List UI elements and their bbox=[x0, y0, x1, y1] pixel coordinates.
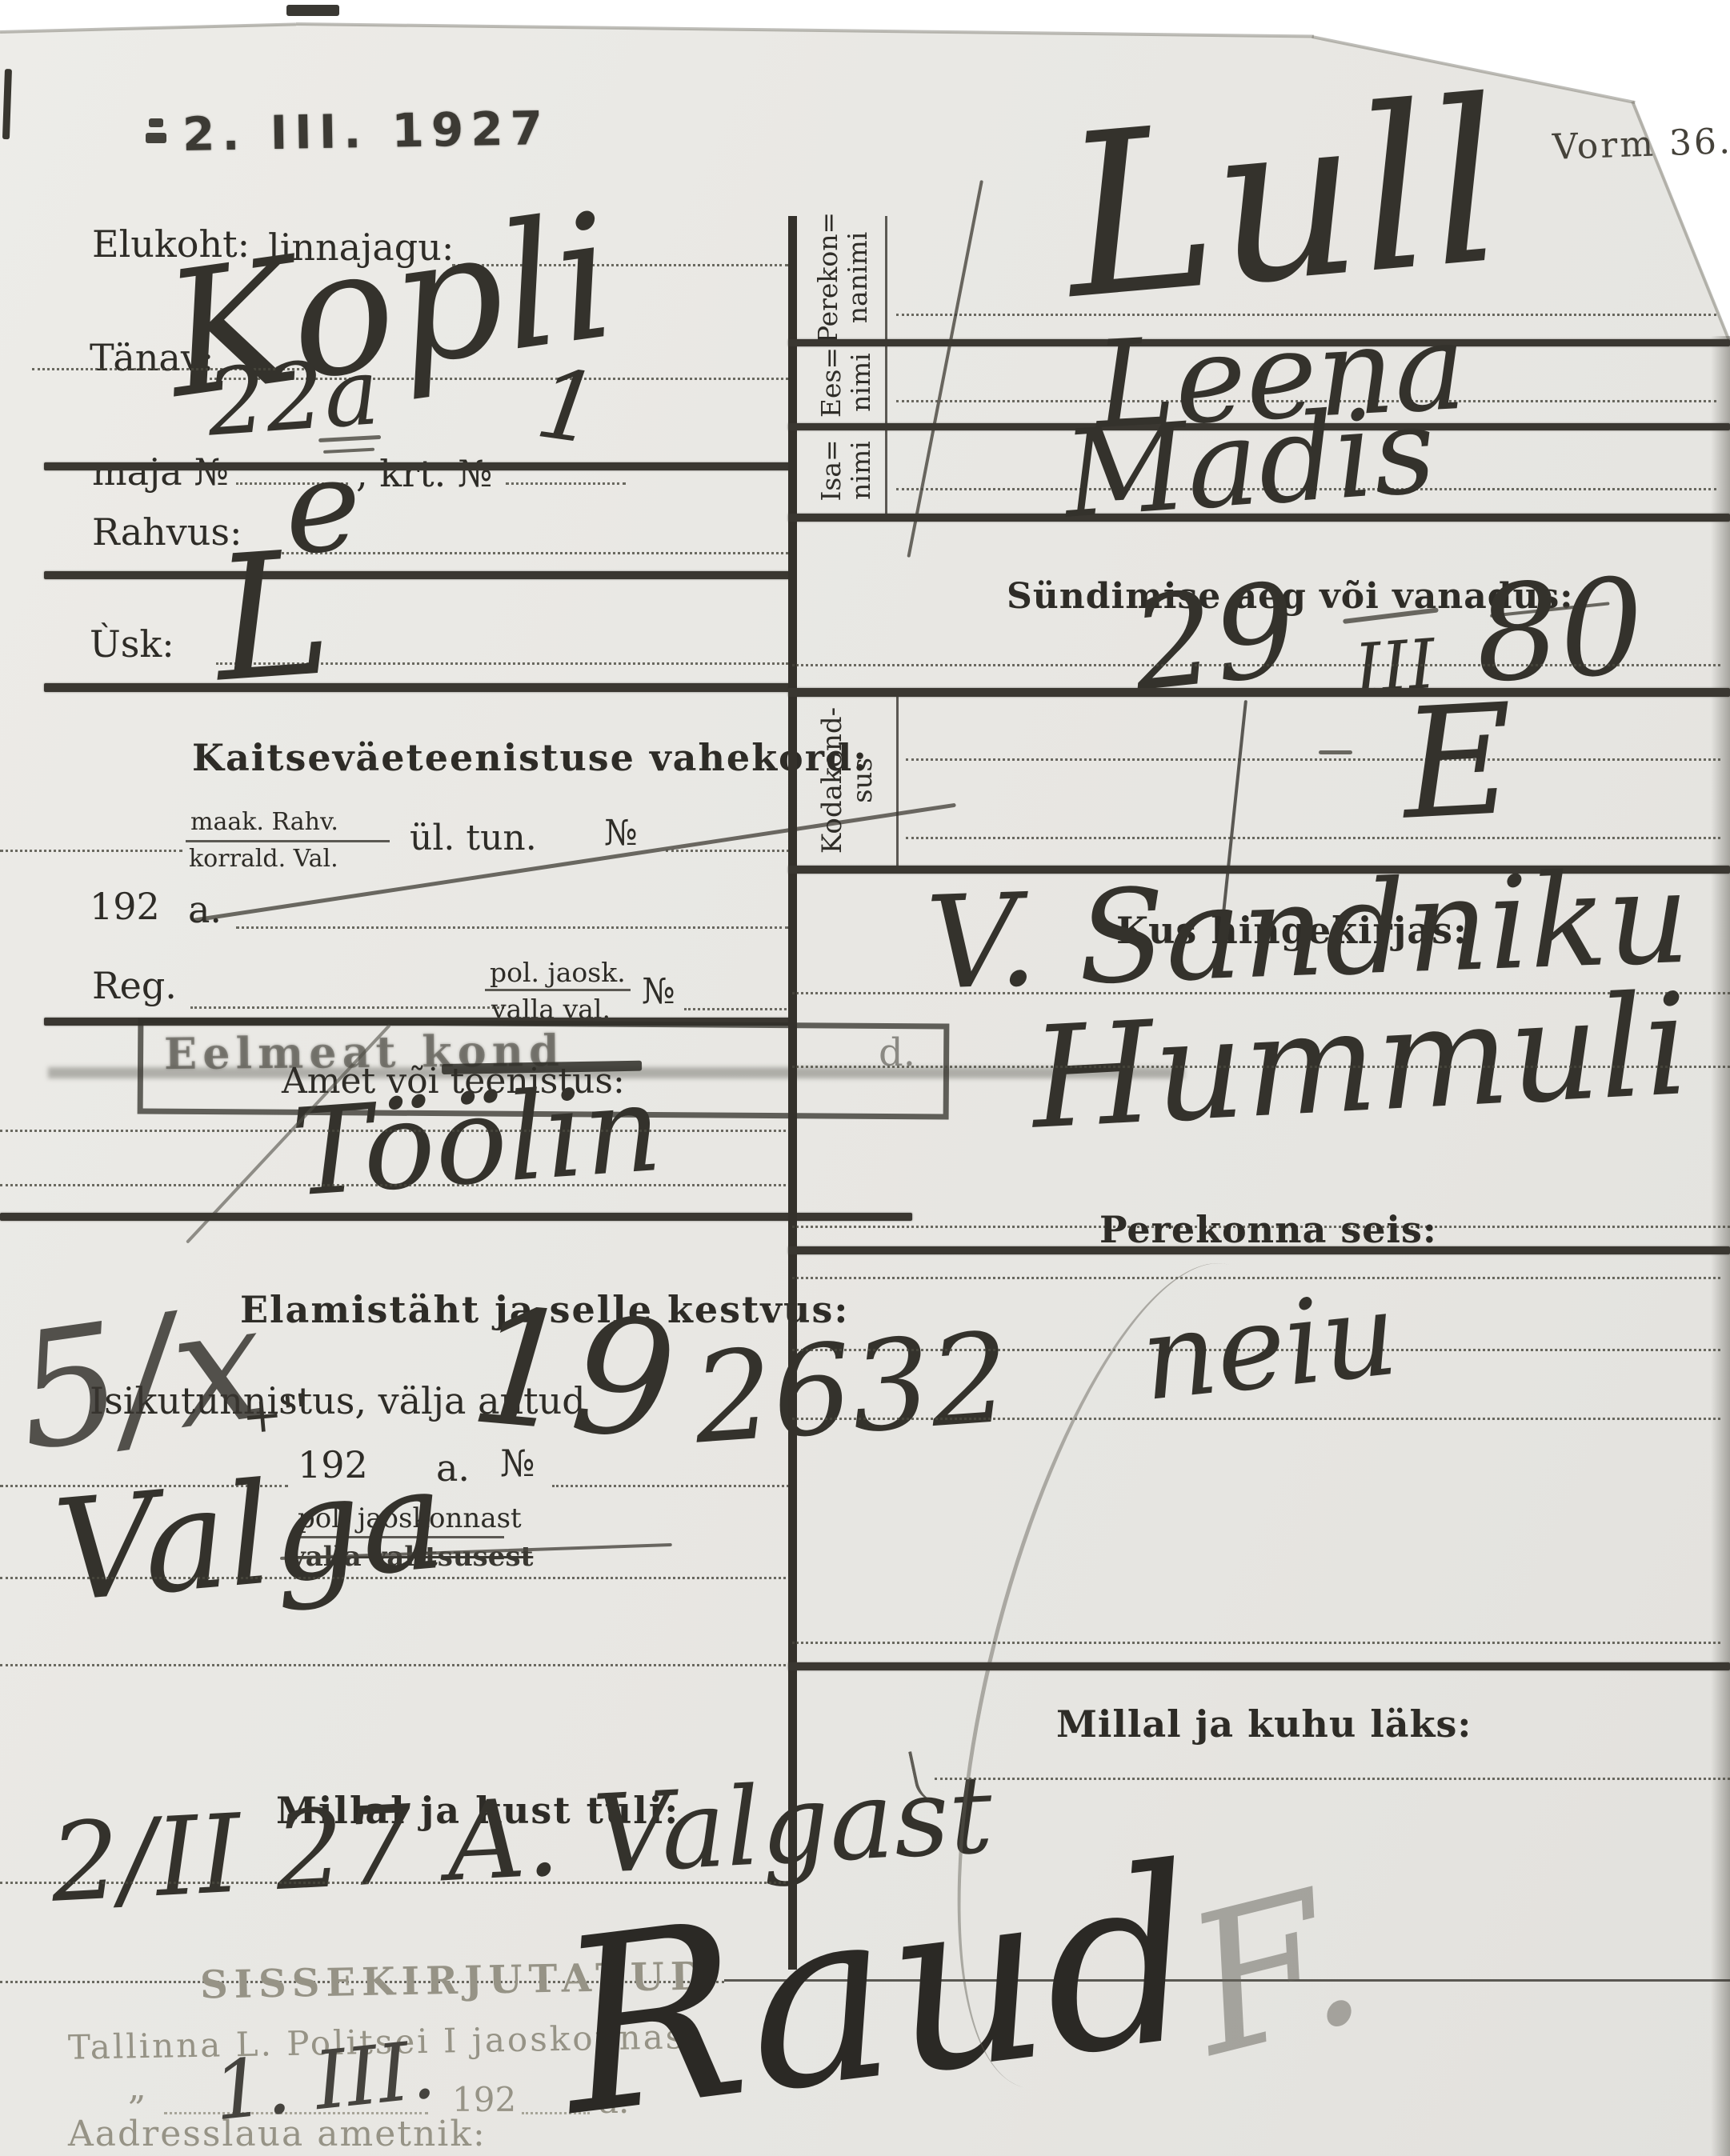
ul-tun-label: ül. tun. bbox=[410, 818, 537, 858]
certificate-year-handwriting: 19 bbox=[465, 1286, 682, 1463]
valga-handwriting: Valga bbox=[50, 1450, 450, 1623]
dotted-line bbox=[792, 1066, 1730, 1068]
usk-label: Ùsk: bbox=[90, 622, 174, 666]
isanimi-label: Isa= nimi bbox=[808, 427, 885, 514]
dotted-line bbox=[0, 1664, 791, 1666]
edge-mark bbox=[286, 5, 339, 16]
eesnimi-line2: nimi bbox=[847, 353, 876, 412]
column-divider bbox=[788, 216, 797, 1970]
korrald-val-label: korrald. Val. bbox=[189, 845, 338, 873]
registration-card-scan: 2. III. 1927 Vorm 36. Elukoht: linnajagu… bbox=[0, 0, 1730, 2156]
dotted-line bbox=[236, 926, 788, 929]
perekonnanimi-line2: nanimi bbox=[843, 232, 873, 324]
date-stamp: 2. III. 1927 bbox=[182, 101, 550, 162]
rule bbox=[788, 1662, 1730, 1670]
stamp-mark bbox=[149, 118, 163, 127]
certificate-date-handwriting: 5/x bbox=[8, 1282, 274, 1474]
dotted-line bbox=[190, 1006, 504, 1009]
underline-mark bbox=[1319, 750, 1352, 754]
occupation-handwriting: Töölin bbox=[288, 1069, 665, 1214]
dotted-line bbox=[0, 850, 182, 852]
surname-handwriting: Lull bbox=[1056, 70, 1511, 330]
dotted-line bbox=[684, 1008, 787, 1010]
kaitse-heading: Kaitseväeteenistuse vahekord: bbox=[192, 736, 868, 779]
a2-label: a. bbox=[436, 1446, 470, 1490]
dotted-line bbox=[935, 1778, 1730, 1780]
reg-label: Reg. bbox=[92, 964, 177, 1007]
stamp-mark bbox=[146, 133, 166, 143]
isanimi-line2: nimi bbox=[847, 441, 876, 500]
parish-register2-handwriting: Hummuli bbox=[1028, 975, 1692, 1150]
aadresslaua-label: Aadresslaua ametnik: bbox=[68, 2114, 487, 2154]
isanimi-line1: Isa= bbox=[817, 439, 847, 501]
maak-rahv-label: maak. Rahv. bbox=[190, 808, 338, 836]
eesnimi-label: Ees= nimi bbox=[808, 342, 885, 422]
dotted-line bbox=[666, 850, 794, 852]
certificate-no-handwriting: 2632 bbox=[690, 1315, 1013, 1461]
kodakondsus-line1: Kodakond- bbox=[817, 707, 847, 854]
eesnimi-line1: Ees= bbox=[817, 347, 847, 418]
krt-label: , krt. № bbox=[356, 452, 492, 495]
kodakondsus-label: Kodakond- sus bbox=[800, 697, 895, 864]
dotted-line bbox=[792, 1642, 1720, 1644]
dotted-line bbox=[792, 664, 1720, 666]
label-separator bbox=[885, 216, 887, 518]
dotted-line bbox=[0, 1130, 791, 1132]
citizenship-handwriting: E bbox=[1399, 684, 1517, 842]
year-label: 192 bbox=[90, 885, 160, 928]
rule bbox=[44, 571, 792, 579]
rule bbox=[788, 688, 1730, 697]
a-label: a. bbox=[188, 888, 222, 931]
no2-label: № bbox=[500, 1442, 535, 1485]
millal-laks-heading: Millal ja kuhu läks: bbox=[1056, 1702, 1472, 1746]
dotted-line bbox=[506, 482, 626, 485]
no-label: № bbox=[642, 971, 675, 1012]
maja-label: maja № bbox=[92, 450, 229, 494]
perekonna-seis-heading: Perekonna seis: bbox=[1099, 1208, 1437, 1251]
fathername-handwriting: Madis bbox=[1060, 390, 1439, 536]
stamp-box-d: d. bbox=[879, 1030, 915, 1075]
perekonnanimi-line1: Perekon= bbox=[814, 212, 843, 343]
dotted-line bbox=[792, 1277, 1720, 1279]
dotted-line bbox=[906, 758, 1720, 761]
perekonnanimi-label: Perekon= nanimi bbox=[802, 216, 885, 339]
fraction-line bbox=[186, 840, 390, 842]
form-number: Vorm 36. bbox=[1552, 121, 1730, 168]
religion-handwriting: L bbox=[210, 526, 335, 706]
dotted-line bbox=[0, 1577, 791, 1579]
rule bbox=[44, 683, 792, 692]
pol-jaosk-label: pol. jaosk. bbox=[490, 957, 626, 988]
dotted-line bbox=[906, 837, 1720, 839]
rule bbox=[44, 462, 792, 470]
certificate-mark-handwriting: +'' bbox=[240, 1388, 310, 1442]
fraction-line bbox=[485, 989, 631, 991]
rule bbox=[0, 1213, 912, 1221]
kodakondsus-line2: sus bbox=[847, 758, 878, 803]
marital-status-handwriting: neiu bbox=[1136, 1276, 1402, 1418]
dotted-line bbox=[0, 1184, 791, 1186]
dotted-line bbox=[552, 1485, 789, 1487]
quote-mark: „ bbox=[128, 2067, 146, 2108]
ul-tun-no-label: № bbox=[604, 813, 638, 854]
label-separator bbox=[896, 697, 899, 866]
